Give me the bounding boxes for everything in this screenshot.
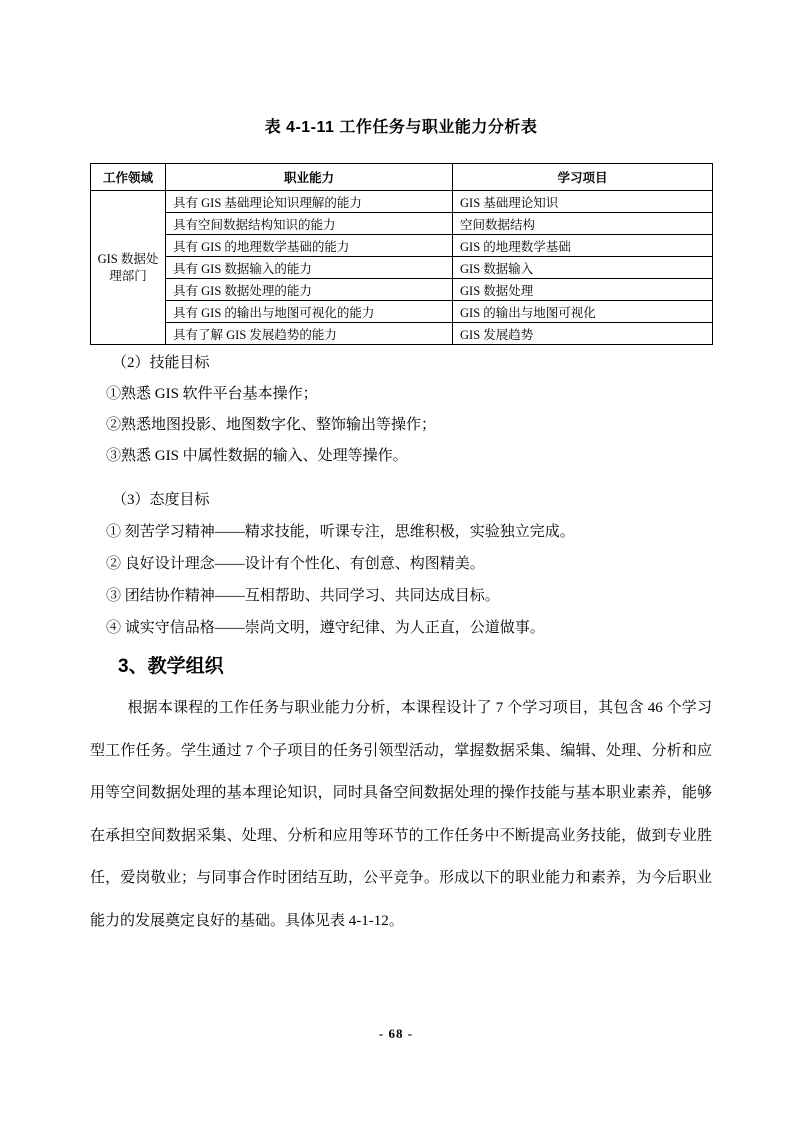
list-item: ②熟悉地图投影、地图数字化、整饰输出等操作； [90,410,712,441]
ability-cell: 具有 GIS 数据处理的能力 [166,279,453,301]
project-cell: GIS 的输出与地图可视化 [453,301,713,323]
list-item: ④ 诚实守信品格——崇尚文明，遵守纪律、为人正直，公道做事。 [90,612,712,644]
skills-goal-section: （2）技能目标 ①熟悉 GIS 软件平台基本操作； ②熟悉地图投影、地图数字化、… [90,348,712,472]
page-number: - 68 - [0,1026,792,1042]
table-row: 具有 GIS 数据处理的能力 GIS 数据处理 [91,279,713,301]
project-cell: GIS 数据输入 [453,257,713,279]
project-cell: GIS 发展趋势 [453,323,713,345]
ability-cell: 具有 GIS 的地理数学基础的能力 [166,235,453,257]
table-row: 具有空间数据结构知识的能力 空间数据结构 [91,213,713,235]
list-item: ③ 团结协作精神——互相帮助、共同学习、共同达成目标。 [90,580,712,612]
ability-cell: 具有 GIS 数据输入的能力 [166,257,453,279]
project-cell: 空间数据结构 [453,213,713,235]
col-header-ability: 职业能力 [166,164,453,191]
table-row: GIS 数据处理部门 具有 GIS 基础理论知识理解的能力 GIS 基础理论知识 [91,191,713,213]
body-paragraph: 根据本课程的工作任务与职业能力分析，本课程设计了 7 个学习项目，其包含 46 … [90,687,712,942]
section-heading-attitude: （3）态度目标 [90,485,712,516]
list-item: ① 刻苦学习精神——精求技能，听课专注，思维积极，实验独立完成。 [90,516,712,548]
table-caption: 表 4-1-11 工作任务与职业能力分析表 [90,118,712,138]
document-page: 表 4-1-11 工作任务与职业能力分析表 工作领域 职业能力 学习项目 GIS… [0,0,792,1122]
table-row: 具有了解 GIS 发展趋势的能力 GIS 发展趋势 [91,323,713,345]
ability-cell: 具有空间数据结构知识的能力 [166,213,453,235]
table-row: 具有 GIS 数据输入的能力 GIS 数据输入 [91,257,713,279]
col-header-project: 学习项目 [453,164,713,191]
list-item: ③熟悉 GIS 中属性数据的输入、处理等操作。 [90,441,712,472]
project-cell: GIS 的地理数学基础 [453,235,713,257]
project-cell: GIS 数据处理 [453,279,713,301]
col-header-work-domain: 工作领域 [91,164,166,191]
list-item: ② 良好设计理念——设计有个性化、有创意、构图精美。 [90,548,712,580]
table-row: 具有 GIS 的输出与地图可视化的能力 GIS 的输出与地图可视化 [91,301,713,323]
chapter-heading: 3、教学组织 [90,653,712,681]
work-task-ability-table: 工作领域 职业能力 学习项目 GIS 数据处理部门 具有 GIS 基础理论知识理… [90,163,713,345]
table-row: 具有 GIS 的地理数学基础的能力 GIS 的地理数学基础 [91,235,713,257]
ability-cell: 具有 GIS 基础理论知识理解的能力 [166,191,453,213]
ability-cell: 具有了解 GIS 发展趋势的能力 [166,323,453,345]
work-domain-cell: GIS 数据处理部门 [91,191,166,345]
section-heading-skills: （2）技能目标 [90,348,712,379]
table-header-row: 工作领域 职业能力 学习项目 [91,164,713,191]
list-item: ①熟悉 GIS 软件平台基本操作； [90,379,712,410]
ability-cell: 具有 GIS 的输出与地图可视化的能力 [166,301,453,323]
attitude-goal-section: （3）态度目标 ① 刻苦学习精神——精求技能，听课专注，思维积极，实验独立完成。… [90,485,712,644]
project-cell: GIS 基础理论知识 [453,191,713,213]
